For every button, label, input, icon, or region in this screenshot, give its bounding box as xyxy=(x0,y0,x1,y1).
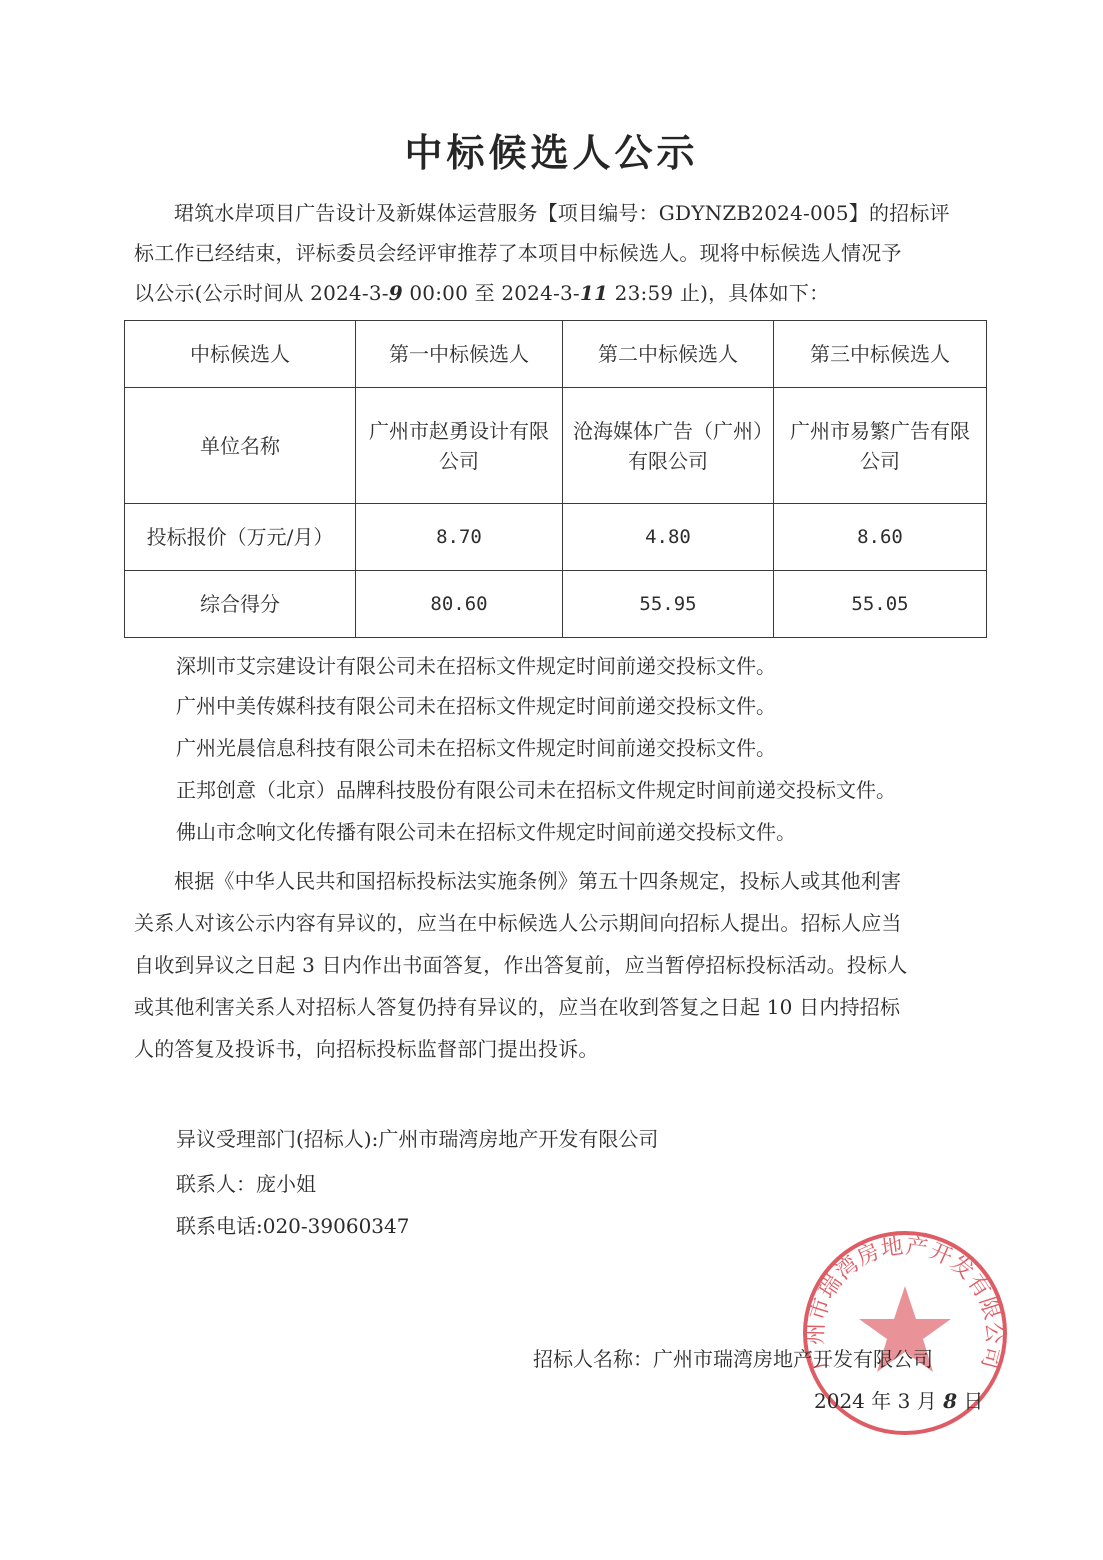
header-cell: 中标候选人 xyxy=(125,321,356,388)
table-header-row: 中标候选人 第一中标候选人 第二中标候选人 第三中标候选人 xyxy=(125,321,987,388)
legal-line-5: 人的答复及投诉书，向招标投标监督部门提出投诉。 xyxy=(134,1028,984,1070)
bid-price-cell: 4.80 xyxy=(563,504,774,571)
handwritten-day: 8 xyxy=(943,1389,957,1413)
score-cell: 55.05 xyxy=(774,571,987,638)
score-cell: 55.95 xyxy=(563,571,774,638)
header-cell: 第一中标候选人 xyxy=(356,321,563,388)
non-submission-note: 佛山市念响文化传播有限公司未在招标文件规定时间前递交投标文件。 xyxy=(176,818,796,846)
score-cell: 80.60 xyxy=(356,571,563,638)
objection-department: 异议受理部门(招标人):广州市瑞湾房地产开发有限公司 xyxy=(176,1125,658,1153)
header-cell: 第二中标候选人 xyxy=(563,321,774,388)
page-title: 中标候选人公示 xyxy=(0,122,1103,177)
contact-phone: 联系电话:020-39060347 xyxy=(176,1212,409,1240)
table-row: 综合得分 80.60 55.95 55.05 xyxy=(125,571,987,638)
legal-line-2: 关系人对该公示内容有异议的，应当在中标候选人公示期间向招标人提出。招标人应当 xyxy=(134,902,984,944)
row-label: 投标报价（万元/月） xyxy=(125,504,356,571)
handwritten-start-day: 9 xyxy=(389,281,403,305)
signing-date: 2024 年 3 月 8 日 xyxy=(814,1387,983,1415)
legal-line-1: 根据《中华人民共和国招标投标法实施条例》第五十四条规定，投标人或其他利害 xyxy=(134,860,984,902)
document-page: 中标候选人公示 珺筑水岸项目广告设计及新媒体运营服务【项目编号：GDYNZB20… xyxy=(0,0,1103,1560)
bid-price-cell: 8.70 xyxy=(356,504,563,571)
legal-notice-paragraph: 根据《中华人民共和国招标投标法实施条例》第五十四条规定，投标人或其他利害 关系人… xyxy=(134,860,984,1070)
bid-price-cell: 8.60 xyxy=(774,504,987,571)
table-row: 单位名称 广州市赵勇设计有限公司 沧海媒体广告（广州）有限公司 广州市易繁广告有… xyxy=(125,388,987,504)
header-cell: 第三中标候选人 xyxy=(774,321,987,388)
company-name-cell: 广州市赵勇设计有限公司 xyxy=(356,388,563,504)
company-name-cell: 广州市易繁广告有限公司 xyxy=(774,388,987,504)
non-submission-note: 正邦创意（北京）品牌科技股份有限公司未在招标文件规定时间前递交投标文件。 xyxy=(176,776,896,804)
candidate-table: 中标候选人 第一中标候选人 第二中标候选人 第三中标候选人 单位名称 广州市赵勇… xyxy=(124,320,987,638)
intro-line-1: 珺筑水岸项目广告设计及新媒体运营服务【项目编号：GDYNZB2024-005】的… xyxy=(134,193,984,233)
intro-line-3: 以公示(公示时间从 2024-3-9 00:00 至 2024-3-11 23:… xyxy=(134,273,984,313)
non-submission-note: 广州光晨信息科技有限公司未在招标文件规定时间前递交投标文件。 xyxy=(176,734,776,762)
legal-line-3: 自收到异议之日起 3 日内作出书面答复，作出答复前，应当暂停招标投标活动。投标人 xyxy=(134,944,984,986)
non-submission-note: 广州中美传媒科技有限公司未在招标文件规定时间前递交投标文件。 xyxy=(176,692,776,720)
tenderer-name: 招标人名称：广州市瑞湾房地产开发有限公司 xyxy=(533,1345,933,1373)
table-row: 投标报价（万元/月） 8.70 4.80 8.60 xyxy=(125,504,987,571)
row-label: 单位名称 xyxy=(125,388,356,504)
handwritten-end-day: 11 xyxy=(580,281,608,305)
legal-line-4: 或其他利害关系人对招标人答复仍持有异议的，应当在收到答复之日起 10 日内持招标 xyxy=(134,986,984,1028)
non-submission-note: 深圳市艾宗建设计有限公司未在招标文件规定时间前递交投标文件。 xyxy=(176,652,776,680)
row-label: 综合得分 xyxy=(125,571,356,638)
contact-person: 联系人：庞小姐 xyxy=(176,1170,316,1198)
intro-line-2: 标工作已经结束，评标委员会经评审推荐了本项目中标候选人。现将中标候选人情况予 xyxy=(134,233,984,273)
company-name-cell: 沧海媒体广告（广州）有限公司 xyxy=(563,388,774,504)
intro-paragraph: 珺筑水岸项目广告设计及新媒体运营服务【项目编号：GDYNZB2024-005】的… xyxy=(134,193,984,313)
